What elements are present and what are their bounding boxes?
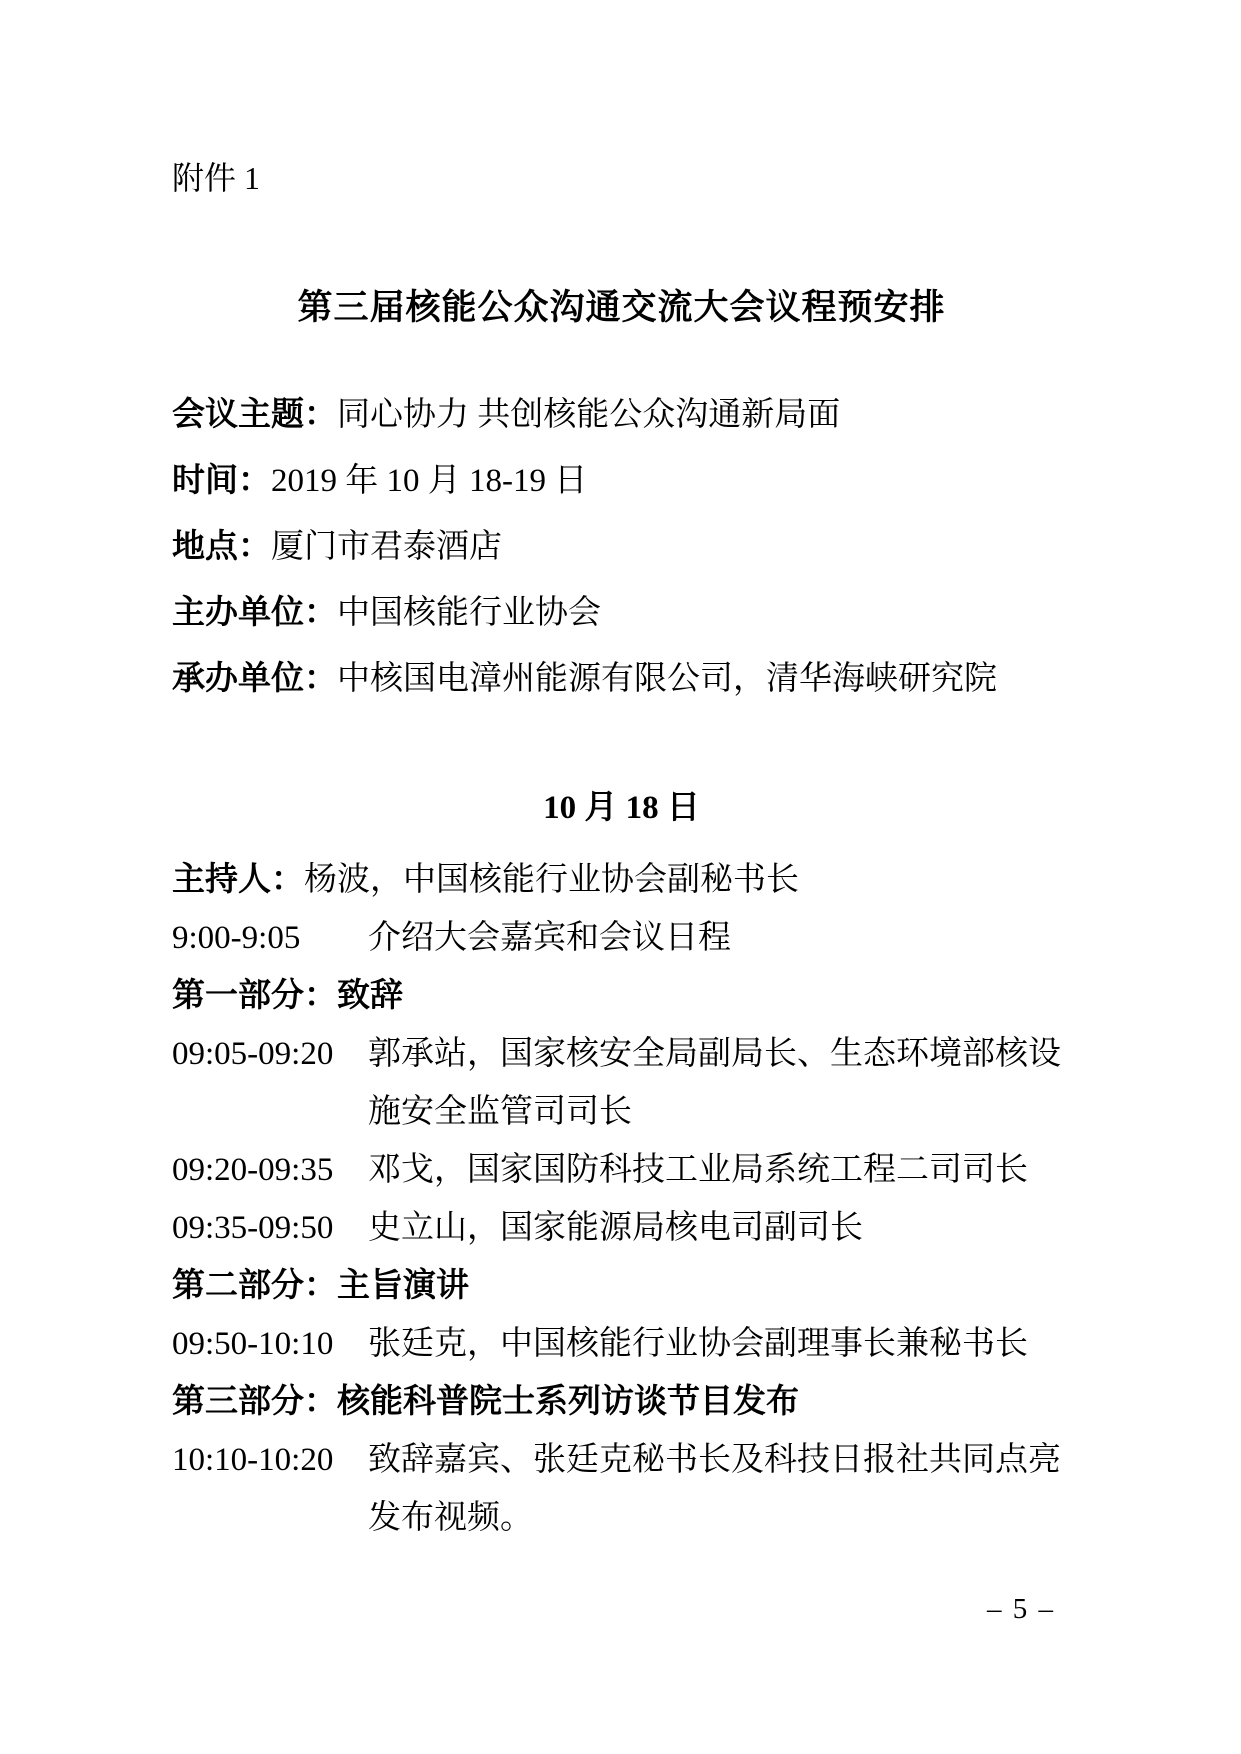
document-page: 附件 1 第三届核能公众沟通交流大会议程预安排 会议主题：同心协力 共创核能公众… [0, 0, 1241, 1754]
agenda-time: 09:20-09:35 [172, 1141, 368, 1199]
meta-value-undertaker: 中核国电漳州能源有限公司，清华海峡研究院 [337, 661, 997, 697]
meeting-meta: 会议主题：同心协力 共创核能公众沟通新局面 时间：2019 年 10 月 18-… [172, 382, 1071, 712]
agenda-time: 09:05-09:20 [172, 1025, 368, 1083]
agenda-continuation: 施安全监管司司长 [368, 1083, 1071, 1141]
meta-value-time: 2019 年 10 月 18-19 日 [271, 463, 587, 499]
agenda-item: 10:10-10:20 致辞嘉宾、张廷克秘书长及科技日报社共同点亮 [172, 1431, 1071, 1489]
section-heading-3: 第三部分：核能科普院士系列访谈节目发布 [172, 1373, 1071, 1431]
agenda-text: 史立山，国家能源局核电司副司长 [368, 1199, 1071, 1257]
agenda-time: 9:00-9:05 [172, 909, 368, 967]
meta-row-theme: 会议主题：同心协力 共创核能公众沟通新局面 [172, 382, 1071, 448]
agenda-time: 09:50-10:10 [172, 1315, 368, 1373]
agenda-item: 09:20-09:35 邓戈，国家国防科技工业局系统工程二司司长 [172, 1141, 1071, 1199]
meta-row-undertaker: 承办单位：中核国电漳州能源有限公司，清华海峡研究院 [172, 646, 1071, 712]
agenda-text: 郭承站，国家核安全局副局长、生态环境部核设 [368, 1025, 1071, 1083]
meta-value-organizer: 中国核能行业协会 [337, 595, 601, 631]
agenda-time: 10:10-10:20 [172, 1431, 368, 1489]
meta-value-theme: 同心协力 共创核能公众沟通新局面 [337, 397, 840, 433]
meta-label-organizer: 主办单位： [172, 595, 337, 631]
agenda-text: 张廷克，中国核能行业协会副理事长兼秘书长 [368, 1315, 1071, 1373]
meta-value-location: 厦门市君泰酒店 [271, 529, 502, 565]
host-value: 杨波，中国核能行业协会副秘书长 [304, 851, 799, 909]
meta-row-time: 时间：2019 年 10 月 18-19 日 [172, 448, 1071, 514]
attachment-label: 附件 1 [172, 158, 1071, 198]
meta-row-location: 地点：厦门市君泰酒店 [172, 514, 1071, 580]
meta-label-location: 地点： [172, 529, 271, 565]
document-content: 附件 1 第三届核能公众沟通交流大会议程预安排 会议主题：同心协力 共创核能公众… [0, 0, 1241, 1547]
meta-label-time: 时间： [172, 463, 271, 499]
section-heading-1: 第一部分：致辞 [172, 967, 1071, 1025]
page-number: – 5 – [987, 1592, 1055, 1626]
meta-row-organizer: 主办单位：中国核能行业协会 [172, 580, 1071, 646]
day-heading: 10 月 18 日 [172, 786, 1071, 830]
agenda-item: 09:50-10:10 张廷克，中国核能行业协会副理事长兼秘书长 [172, 1315, 1071, 1373]
host-label: 主持人： [172, 851, 304, 909]
agenda-text: 致辞嘉宾、张廷克秘书长及科技日报社共同点亮 [368, 1431, 1071, 1489]
agenda: 主持人：杨波，中国核能行业协会副秘书长 9:00-9:05 介绍大会嘉宾和会议日… [172, 851, 1071, 1547]
agenda-item: 09:05-09:20 郭承站，国家核安全局副局长、生态环境部核设 [172, 1025, 1071, 1083]
page-title: 第三届核能公众沟通交流大会议程预安排 [172, 286, 1071, 330]
agenda-text: 介绍大会嘉宾和会议日程 [368, 909, 1071, 967]
meta-label-undertaker: 承办单位： [172, 661, 337, 697]
section-heading-2: 第二部分：主旨演讲 [172, 1257, 1071, 1315]
agenda-item: 09:35-09:50 史立山，国家能源局核电司副司长 [172, 1199, 1071, 1257]
agenda-text: 邓戈，国家国防科技工业局系统工程二司司长 [368, 1141, 1071, 1199]
agenda-time: 09:35-09:50 [172, 1199, 368, 1257]
agenda-continuation: 发布视频。 [368, 1489, 1071, 1547]
meta-label-theme: 会议主题： [172, 397, 337, 433]
agenda-item: 9:00-9:05 介绍大会嘉宾和会议日程 [172, 909, 1071, 967]
host-line: 主持人：杨波，中国核能行业协会副秘书长 [172, 851, 1071, 909]
